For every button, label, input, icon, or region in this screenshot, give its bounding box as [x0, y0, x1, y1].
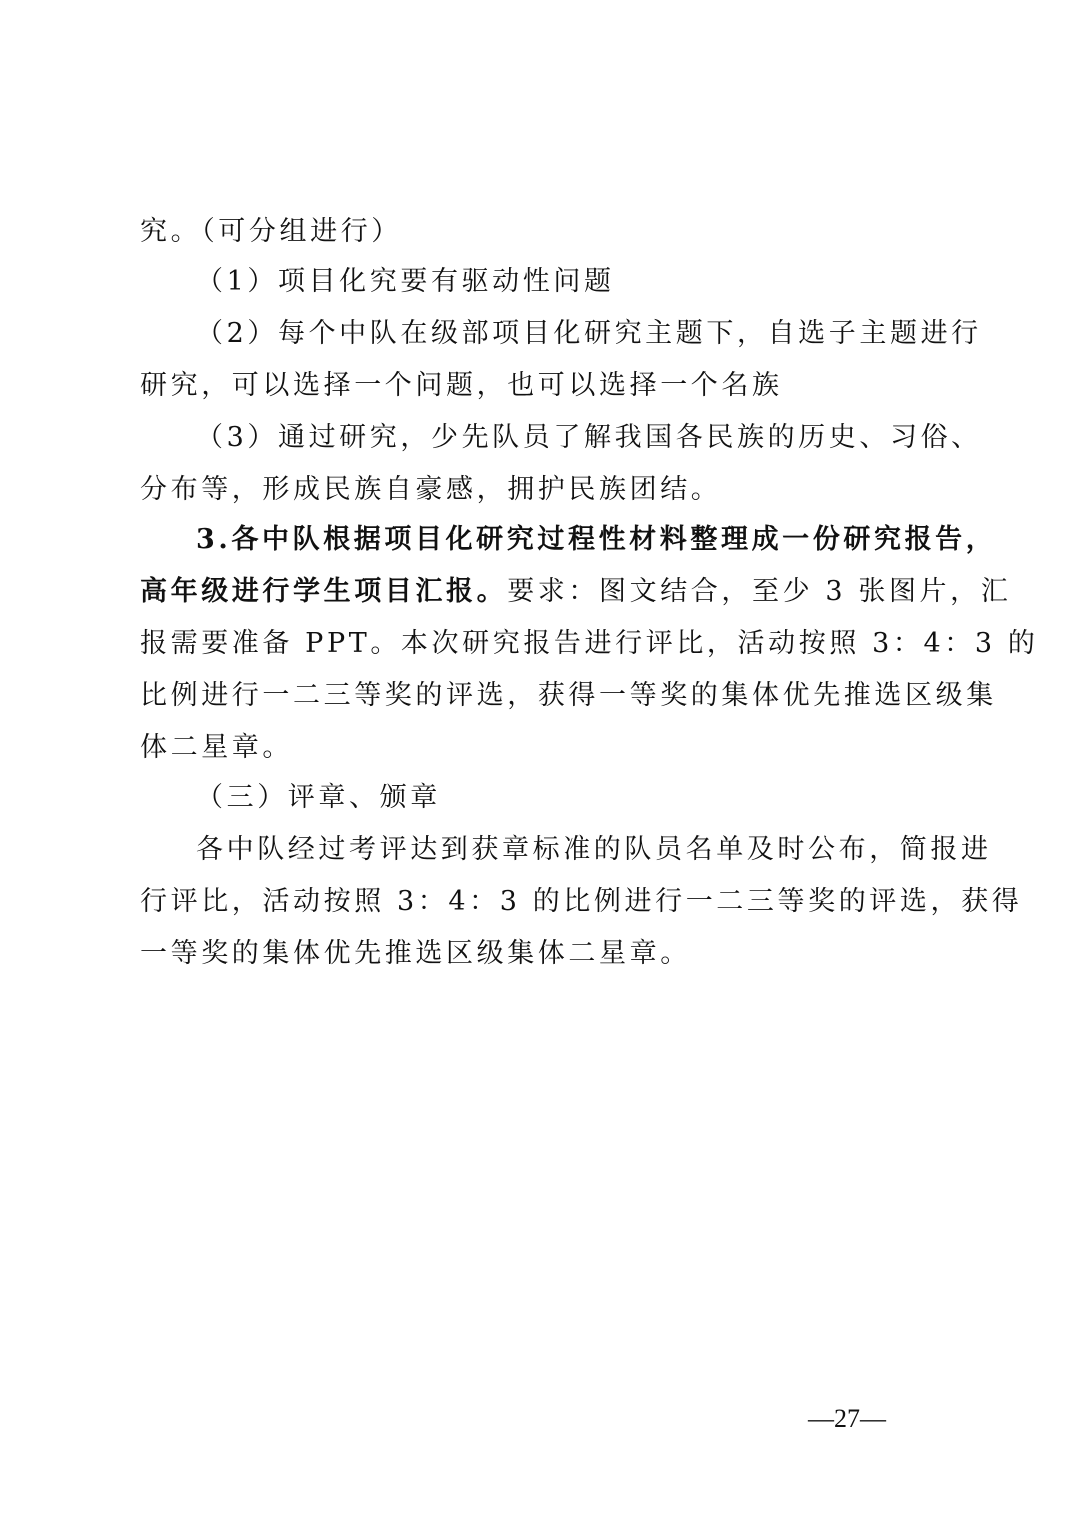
text-line: 体二星章。 — [140, 730, 940, 766]
text-line: 各中队经过考评达到获章标准的队员名单及时公布，简报进 — [196, 832, 940, 868]
text-line: 一等奖的集体优先推选区级集体二星章。 — [140, 936, 940, 972]
document-page: 究。（可分组进行） （1）项目化究要有驱动性问题 （2）每个中队在级部项目化研究… — [0, 0, 1080, 1527]
list-item-1: （1）项目化究要有驱动性问题 — [196, 264, 940, 300]
section-heading-3: 3.各中队根据项目化研究过程性材料整理成一份研究报告， — [196, 522, 940, 558]
text-line-mixed: 高年级进行学生项目汇报。要求：图文结合，至少 3 张图片，汇 — [140, 574, 940, 610]
bold-text: 高年级进行学生项目汇报。 — [140, 576, 507, 607]
list-item-2: （2）每个中队在级部项目化研究主题下，自选子主题进行 — [196, 316, 940, 352]
normal-text: 要求：图文结合，至少 3 张图片，汇 — [507, 576, 1011, 607]
text-line: 比例进行一二三等奖的评选，获得一等奖的集体优先推选区级集 — [140, 678, 940, 714]
text-line: 行评比，活动按照 3：4：3 的比例进行一二三等奖的评选，获得 — [140, 884, 940, 920]
section-heading-san: （三）评章、颁章 — [196, 780, 940, 816]
text-line: 研究，可以选择一个问题，也可以选择一个名族 — [140, 368, 940, 404]
text-line: 报需要准备 PPT。本次研究报告进行评比，活动按照 3：4：3 的 — [140, 626, 940, 662]
text-line: 究。（可分组进行） — [140, 214, 940, 250]
page-number: —27— — [808, 1404, 886, 1434]
text-line: 分布等，形成民族自豪感，拥护民族团结。 — [140, 472, 940, 508]
list-item-3: （3）通过研究，少先队员了解我国各民族的历史、习俗、 — [196, 420, 940, 456]
